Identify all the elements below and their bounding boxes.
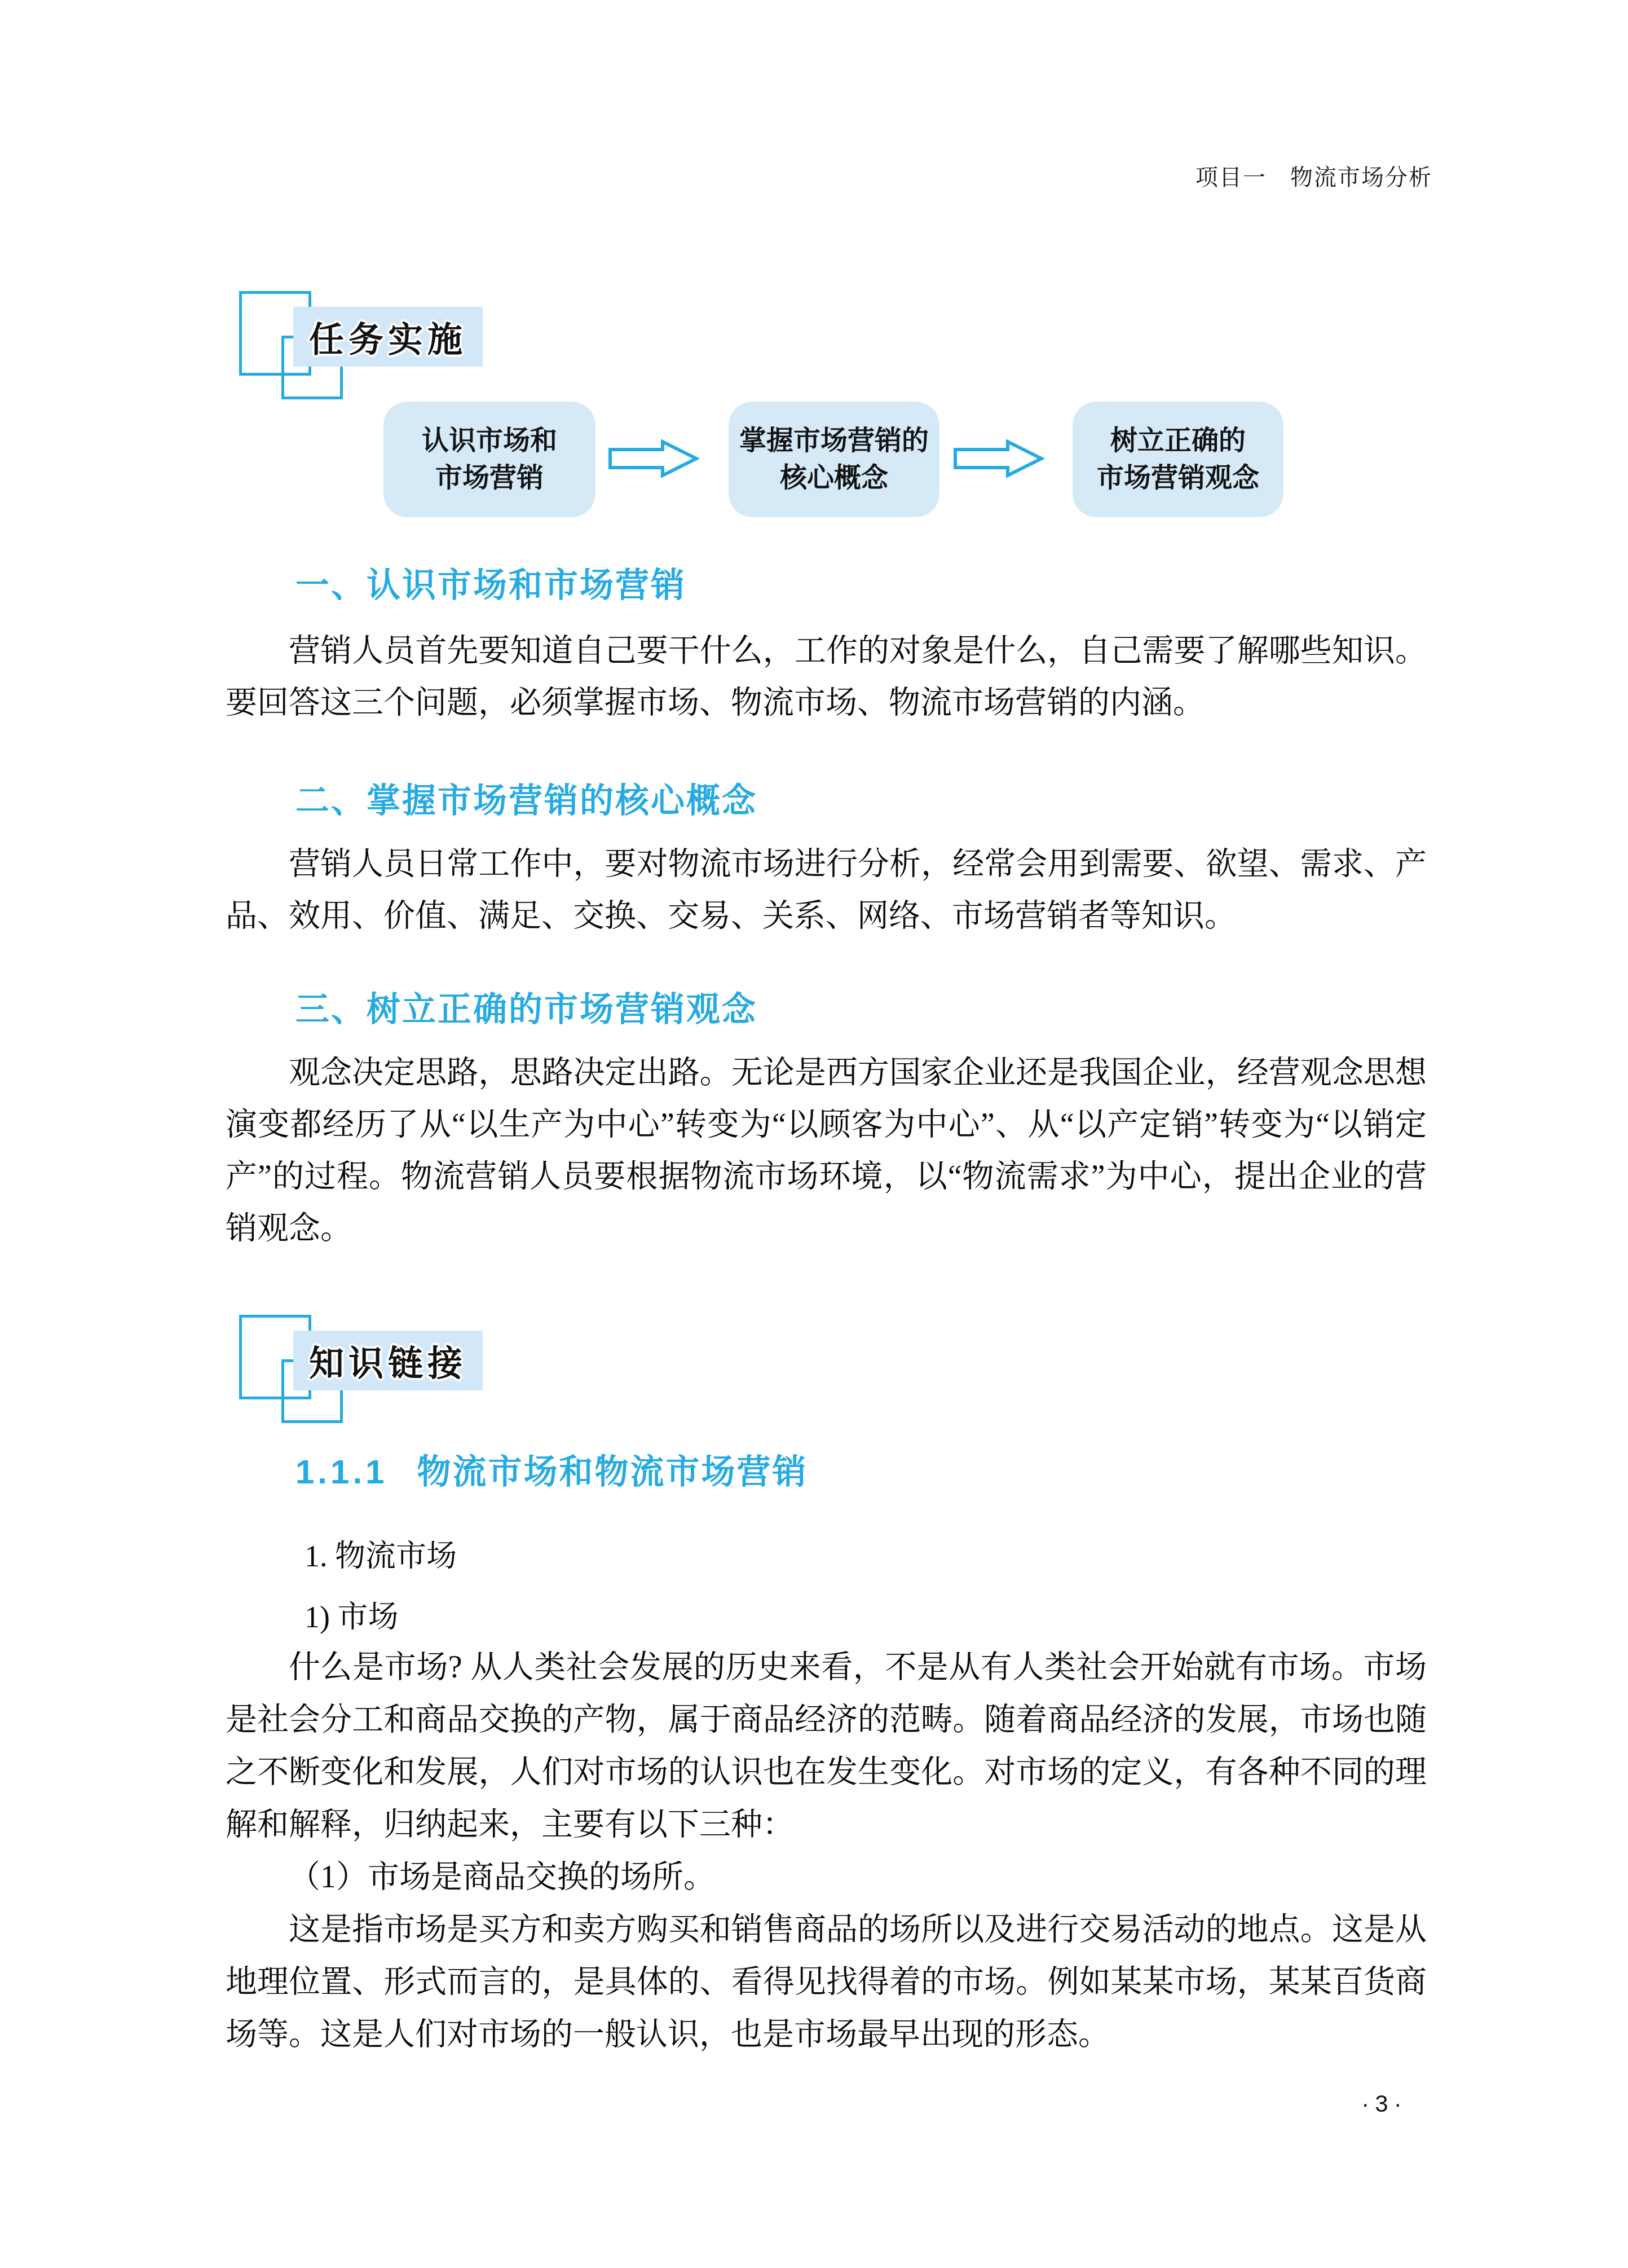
badge-label: 任务实施 bbox=[309, 312, 467, 362]
badge-label: 知识链接 bbox=[309, 1336, 467, 1386]
paragraph-text: 这是指市场是买方和卖方购买和销售商品的场所以及进行交易活动的地点。这是从地理位置… bbox=[226, 1904, 1427, 2061]
right-arrow-icon bbox=[953, 438, 1044, 479]
flow-step-2: 掌握市场营销的 核心概念 bbox=[729, 402, 939, 517]
badge-plate: 任务实施 bbox=[293, 307, 483, 367]
paragraph-text: 什么是市场? 从人类社会发展的历史来看，不是从有人类社会开始就有市场。市场是社会… bbox=[226, 1641, 1427, 1851]
flow-step-1-line1: 认识市场和 bbox=[422, 422, 557, 460]
heading-number: 1.1.1 bbox=[295, 1453, 387, 1491]
list-item: （1）市场是商品交换的场所。 bbox=[226, 1851, 1427, 1904]
paragraph-text: 营销人员日常工作中，要对物流市场进行分析，经常会用到需要、欲望、需求、产品、效用… bbox=[226, 838, 1427, 942]
flow-step-2-line1: 掌握市场营销的 bbox=[739, 422, 929, 460]
textbook-page: 项目一 物流市场分析 任务实施 认识市场和 市场营销 掌握市场营销的 核心概念 … bbox=[0, 0, 1628, 2268]
section-paragraph-1: 营销人员首先要知道自己要干什么，工作的对象是什么，自己需要了解哪些知识。要回答这… bbox=[226, 625, 1427, 729]
paragraph-text: 观念决定思路，思路决定出路。无论是西方国家企业还是我国企业，经营观念思想演变都经… bbox=[226, 1047, 1427, 1254]
flow-step-3-line2: 市场营销观念 bbox=[1097, 460, 1259, 497]
numbered-heading: 1.1.1物流市场和物流市场营销 bbox=[295, 1445, 808, 1494]
task-implementation-badge: 任务实施 bbox=[239, 291, 484, 404]
flow-step-2-line2: 核心概念 bbox=[780, 460, 888, 497]
section-heading-2: 二、掌握市场营销的核心概念 bbox=[295, 774, 757, 822]
knowledge-body: 什么是市场? 从人类社会发展的历史来看，不是从有人类社会开始就有市场。市场是社会… bbox=[226, 1641, 1427, 2061]
knowledge-link-badge: 知识链接 bbox=[239, 1315, 484, 1428]
flow-step-3-line1: 树立正确的 bbox=[1110, 422, 1246, 460]
section-heading-1: 一、认识市场和市场营销 bbox=[295, 558, 686, 607]
section-heading-3: 三、树立正确的市场营销观念 bbox=[295, 983, 757, 1031]
flow-step-3: 树立正确的 市场营销观念 bbox=[1073, 402, 1283, 517]
right-arrow-icon bbox=[608, 438, 699, 479]
flow-step-1: 认识市场和 市场营销 bbox=[383, 402, 595, 517]
section-paragraph-2: 营销人员日常工作中，要对物流市场进行分析，经常会用到需要、欲望、需求、产品、效用… bbox=[226, 838, 1427, 942]
subheading-1: 1. 物流市场 bbox=[305, 1532, 457, 1575]
subheading-2: 1) 市场 bbox=[305, 1593, 398, 1636]
page-number: ·3· bbox=[1351, 2090, 1418, 2117]
running-header: 项目一 物流市场分析 bbox=[1195, 160, 1432, 192]
heading-title: 物流市场和物流市场营销 bbox=[417, 1453, 808, 1491]
flow-step-1-line2: 市场营销 bbox=[435, 460, 544, 497]
section-paragraph-3: 观念决定思路，思路决定出路。无论是西方国家企业还是我国企业，经营观念思想演变都经… bbox=[226, 1047, 1427, 1254]
badge-plate: 知识链接 bbox=[293, 1331, 483, 1390]
paragraph-text: 营销人员首先要知道自己要干什么，工作的对象是什么，自己需要了解哪些知识。要回答这… bbox=[226, 625, 1427, 729]
